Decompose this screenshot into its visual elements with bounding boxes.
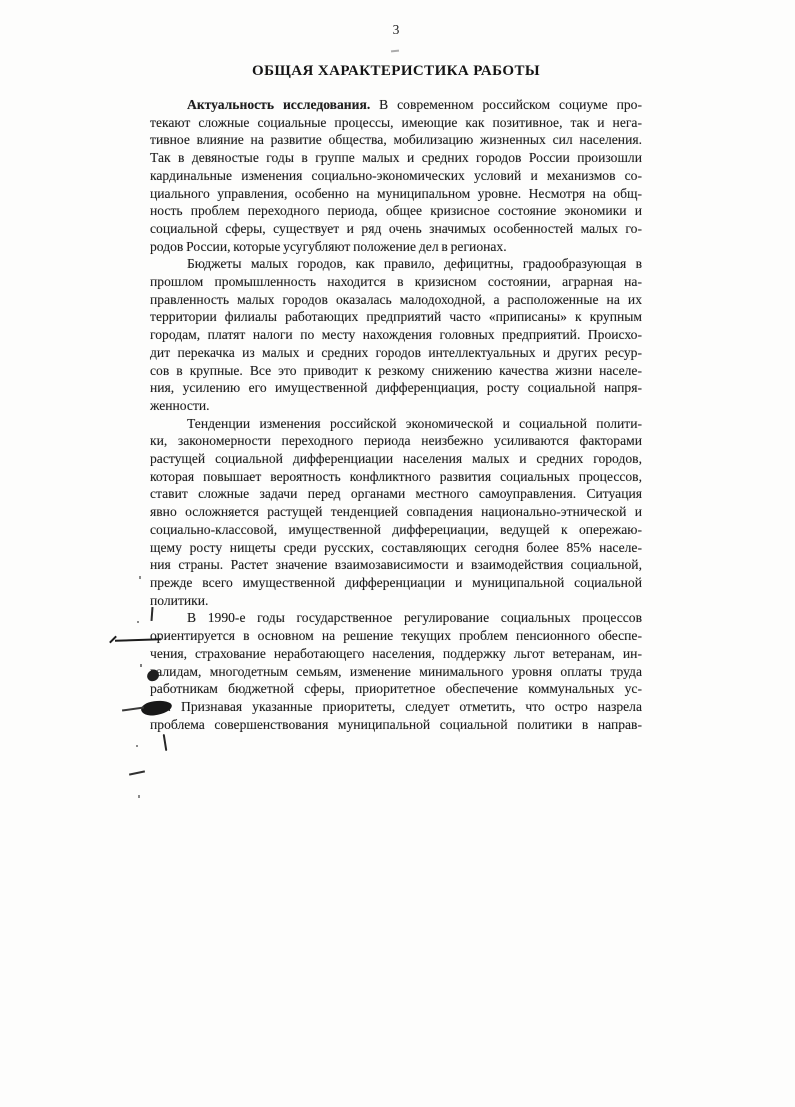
margin-speck (140, 664, 142, 667)
text-line: работникам бюджетной сферы, приоритетное… (150, 680, 642, 698)
margin-squiggle-mark (163, 734, 168, 751)
text-line: социальной сферы, существует и ряд очень… (150, 220, 642, 238)
text-line: городам, платят налоги по месту нахожден… (150, 326, 642, 344)
text-line: дит перекачка из малых и средних городов… (150, 344, 642, 362)
section-title: ОБЩАЯ ХАРАКТЕРИСТИКА РАБОТЫ (150, 63, 642, 80)
text-line: ния, усилению его имущественной дифферен… (150, 379, 642, 397)
text-line: социально-классовой, имущественной диффе… (150, 521, 642, 539)
margin-speck (136, 745, 138, 747)
text-line: тивное влияние на развитие общества, моб… (150, 131, 642, 149)
text-line: которая повышает вероятность конфликтног… (150, 468, 642, 486)
text-line: явно осложняется растущей тенденцией сов… (150, 503, 642, 521)
text-line: женности. (150, 397, 642, 415)
text-line: кардинальные изменения социально-экономи… (150, 167, 642, 185)
text-line: ориентируется в основном на решение теку… (150, 627, 642, 645)
text-line: территории филиалы работающих предприяти… (150, 308, 642, 326)
text-line: ки, закономерности переходного периода н… (150, 432, 642, 450)
scanned-page: 3 ОБЩАЯ ХАРАКТЕРИСТИКА РАБОТЫ Актуальнос… (0, 0, 795, 1107)
text-line: правленность малых городов оказалась мал… (150, 291, 642, 309)
text-line: валидам, многодетным семьям, изменение м… (150, 663, 642, 681)
text-line: ния страны. Растет значение взаимозависи… (150, 556, 642, 574)
text-line: чения, страхование неработающего населен… (150, 645, 642, 663)
body-text: Актуальность исследования. В современном… (150, 96, 642, 733)
text-line: циального управления, особенно на муници… (150, 185, 642, 203)
text-line: политики. (150, 592, 642, 610)
scan-speck-under-page-number (391, 50, 399, 53)
bold-lead: Актуальность исследования. (187, 97, 370, 112)
page-number: 3 (150, 22, 642, 38)
text-line: луг. Признавая указанные приоритеты, сле… (150, 698, 642, 716)
text-line: щему росту нищеты среди русских, составл… (150, 539, 642, 557)
margin-speck (138, 795, 140, 798)
text-line: проблема совершенствования муниципальной… (150, 716, 642, 734)
text-line: растущей социальной дифференциации насел… (150, 450, 642, 468)
text-line: сов в крупные. Все это приводит к резком… (150, 362, 642, 380)
text-line: Бюджеты малых городов, как правило, дефи… (150, 255, 642, 273)
text-line: Актуальность исследования. В современном… (150, 96, 642, 114)
text-line: ность проблем переходного периода, общее… (150, 202, 642, 220)
margin-speck (139, 576, 141, 579)
margin-speck (137, 621, 139, 623)
margin-dash-low (129, 770, 145, 775)
text-line: родов России, которые усугубляют положен… (150, 238, 642, 256)
text-line: В 1990-е годы государственное регулирова… (150, 609, 642, 627)
text-line: прошлом промышленность находится в кризи… (150, 273, 642, 291)
text-line: ставит сложные задачи перед органами мес… (150, 485, 642, 503)
text-line: Так в девяностые годы в группе малых и с… (150, 149, 642, 167)
text-line: текают сложные социальные процессы, имею… (150, 114, 642, 132)
text-line: Тенденции изменения российской экономиче… (150, 415, 642, 433)
text-line: прежде всего имущественной дифференциаци… (150, 574, 642, 592)
